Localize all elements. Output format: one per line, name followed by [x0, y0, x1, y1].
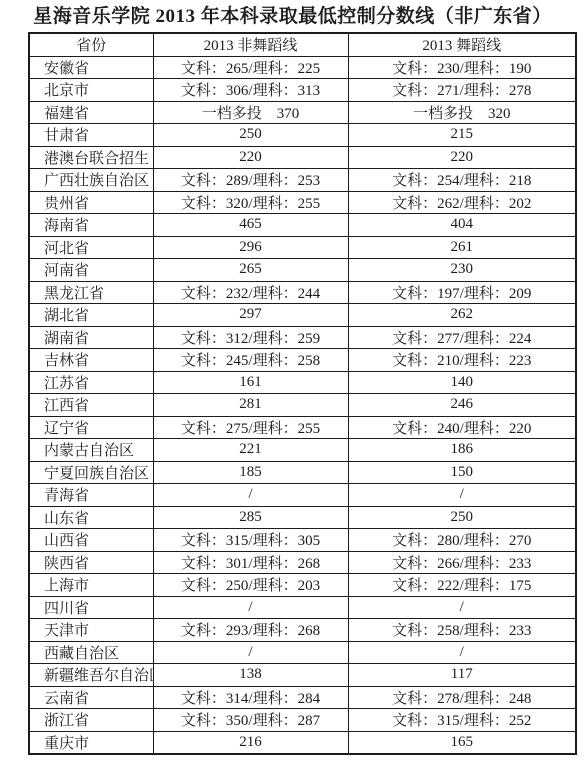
dance-score-cell: 165 — [348, 731, 576, 754]
dance-score-cell: 文科：230/理科：190 — [348, 56, 576, 79]
table-row: 云南省 文科：314/理科：284 文科：278/理科：248 — [29, 686, 576, 709]
table-row: 贵州省 文科：320/理科：255 文科：262/理科：202 — [29, 191, 576, 214]
province-cell: 辽宁省 — [29, 416, 153, 439]
table-row: 新疆维吾尔自治区 138 117 — [29, 664, 576, 687]
header-non-dance-line: 2013 非舞蹈线 — [153, 33, 348, 56]
province-cell: 重庆市 — [29, 731, 153, 754]
table-row: 宁夏回族自治区 185 150 — [29, 461, 576, 484]
dance-score-cell: 186 — [348, 439, 576, 462]
dance-score-cell: 文科：280/理科：270 — [348, 529, 576, 552]
table-row: 港澳台联合招生 220 220 — [29, 146, 576, 169]
table-row: 上海市 文科：250/理科：203 文科：222/理科：175 — [29, 574, 576, 597]
non-dance-score-cell: 文科：275/理科：255 — [153, 416, 348, 439]
non-dance-score-cell: 一档多投 370 — [153, 101, 348, 124]
table-row: 西藏自治区 / / — [29, 641, 576, 664]
table-row: 北京市 文科：306/理科：313 文科：271/理科：278 — [29, 79, 576, 102]
dance-score-cell: 文科：315/理科：252 — [348, 709, 576, 732]
non-dance-score-cell: 265 — [153, 259, 348, 282]
non-dance-score-cell: 250 — [153, 124, 348, 147]
province-cell: 吉林省 — [29, 349, 153, 372]
province-cell: 上海市 — [29, 574, 153, 597]
dance-score-cell: 文科：197/理科：209 — [348, 281, 576, 304]
dance-score-cell: 117 — [348, 664, 576, 687]
non-dance-score-cell: 文科：250/理科：203 — [153, 574, 348, 597]
non-dance-score-cell: 文科：314/理科：284 — [153, 686, 348, 709]
dance-score-cell: 文科：254/理科：218 — [348, 169, 576, 192]
non-dance-score-cell: 文科：265/理科：225 — [153, 56, 348, 79]
page-title: 星海音乐学院 2013 年本科录取最低控制分数线（非广东省） — [0, 0, 585, 32]
dance-score-cell: 404 — [348, 214, 576, 237]
province-cell: 江苏省 — [29, 371, 153, 394]
province-cell: 西藏自治区 — [29, 641, 153, 664]
non-dance-score-cell: 297 — [153, 304, 348, 327]
table-row: 重庆市 216 165 — [29, 731, 576, 754]
province-cell: 山西省 — [29, 529, 153, 552]
non-dance-score-cell: 281 — [153, 394, 348, 417]
dance-score-cell: / — [348, 641, 576, 664]
table-row: 陕西省 文科：301/理科：268 文科：266/理科：233 — [29, 551, 576, 574]
province-cell: 北京市 — [29, 79, 153, 102]
non-dance-score-cell: 185 — [153, 461, 348, 484]
score-table: 省份 2013 非舞蹈线 2013 舞蹈线 安徽省 文科：265/理科：225 … — [28, 32, 577, 755]
table-row: 湖北省 297 262 — [29, 304, 576, 327]
province-cell: 贵州省 — [29, 191, 153, 214]
non-dance-score-cell: 220 — [153, 146, 348, 169]
table-row: 海南省 465 404 — [29, 214, 576, 237]
table-row: 福建省 一档多投 370 一档多投 320 — [29, 101, 576, 124]
non-dance-score-cell: 216 — [153, 731, 348, 754]
dance-score-cell: 文科：278/理科：248 — [348, 686, 576, 709]
table-row: 安徽省 文科：265/理科：225 文科：230/理科：190 — [29, 56, 576, 79]
province-cell: 广西壮族自治区 — [29, 169, 153, 192]
province-cell: 山东省 — [29, 506, 153, 529]
table-row: 河北省 296 261 — [29, 236, 576, 259]
table-row: 浙江省 文科：350/理科：287 文科：315/理科：252 — [29, 709, 576, 732]
dance-score-cell: 文科：210/理科：223 — [348, 349, 576, 372]
dance-score-cell: 262 — [348, 304, 576, 327]
dance-score-cell: 230 — [348, 259, 576, 282]
province-cell: 海南省 — [29, 214, 153, 237]
table-row: 江西省 281 246 — [29, 394, 576, 417]
dance-score-cell: 220 — [348, 146, 576, 169]
dance-score-cell: 文科：277/理科：224 — [348, 326, 576, 349]
header-dance-line: 2013 舞蹈线 — [348, 33, 576, 56]
non-dance-score-cell: / — [153, 484, 348, 507]
province-cell: 新疆维吾尔自治区 — [29, 664, 153, 687]
non-dance-score-cell: / — [153, 641, 348, 664]
table-row: 河南省 265 230 — [29, 259, 576, 282]
province-cell: 港澳台联合招生 — [29, 146, 153, 169]
province-cell: 安徽省 — [29, 56, 153, 79]
province-cell: 黑龙江省 — [29, 281, 153, 304]
table-row: 天津市 文科：293/理科：268 文科：258/理科：233 — [29, 619, 576, 642]
province-cell: 云南省 — [29, 686, 153, 709]
dance-score-cell: 文科：262/理科：202 — [348, 191, 576, 214]
non-dance-score-cell: 285 — [153, 506, 348, 529]
province-cell: 甘肃省 — [29, 124, 153, 147]
table-row: 黑龙江省 文科：232/理科：244 文科：197/理科：209 — [29, 281, 576, 304]
dance-score-cell: 261 — [348, 236, 576, 259]
header-province: 省份 — [29, 33, 153, 56]
table-row: 吉林省 文科：245/理科：258 文科：210/理科：223 — [29, 349, 576, 372]
non-dance-score-cell: 文科：306/理科：313 — [153, 79, 348, 102]
province-cell: 青海省 — [29, 484, 153, 507]
document-page: 星海音乐学院 2013 年本科录取最低控制分数线（非广东省） 省份 2013 非… — [0, 0, 585, 762]
dance-score-cell: 140 — [348, 371, 576, 394]
non-dance-score-cell: 文科：320/理科：255 — [153, 191, 348, 214]
dance-score-cell: 246 — [348, 394, 576, 417]
dance-score-cell: 文科：258/理科：233 — [348, 619, 576, 642]
province-cell: 江西省 — [29, 394, 153, 417]
dance-score-cell: 250 — [348, 506, 576, 529]
non-dance-score-cell: 465 — [153, 214, 348, 237]
table-row: 山西省 文科：315/理科：305 文科：280/理科：270 — [29, 529, 576, 552]
province-cell: 陕西省 — [29, 551, 153, 574]
table-row: 山东省 285 250 — [29, 506, 576, 529]
dance-score-cell: 文科：271/理科：278 — [348, 79, 576, 102]
non-dance-score-cell: 文科：301/理科：268 — [153, 551, 348, 574]
dance-score-cell: / — [348, 596, 576, 619]
non-dance-score-cell: 文科：289/理科：253 — [153, 169, 348, 192]
non-dance-score-cell: 221 — [153, 439, 348, 462]
dance-score-cell: 215 — [348, 124, 576, 147]
table-row: 甘肃省 250 215 — [29, 124, 576, 147]
table-row: 江苏省 161 140 — [29, 371, 576, 394]
table-row: 内蒙古自治区 221 186 — [29, 439, 576, 462]
province-cell: 四川省 — [29, 596, 153, 619]
province-cell: 宁夏回族自治区 — [29, 461, 153, 484]
province-cell: 内蒙古自治区 — [29, 439, 153, 462]
non-dance-score-cell: 文科：293/理科：268 — [153, 619, 348, 642]
table-row: 青海省 / / — [29, 484, 576, 507]
province-cell: 河南省 — [29, 259, 153, 282]
province-cell: 浙江省 — [29, 709, 153, 732]
province-cell: 河北省 — [29, 236, 153, 259]
non-dance-score-cell: 296 — [153, 236, 348, 259]
table-row: 广西壮族自治区 文科：289/理科：253 文科：254/理科：218 — [29, 169, 576, 192]
province-cell: 天津市 — [29, 619, 153, 642]
table-header-row: 省份 2013 非舞蹈线 2013 舞蹈线 — [29, 33, 576, 56]
dance-score-cell: / — [348, 484, 576, 507]
non-dance-score-cell: / — [153, 596, 348, 619]
dance-score-cell: 文科：240/理科：220 — [348, 416, 576, 439]
table-body: 安徽省 文科：265/理科：225 文科：230/理科：190 北京市 文科：3… — [29, 56, 576, 754]
dance-score-cell: 文科：266/理科：233 — [348, 551, 576, 574]
non-dance-score-cell: 文科：350/理科：287 — [153, 709, 348, 732]
non-dance-score-cell: 161 — [153, 371, 348, 394]
table-row: 辽宁省 文科：275/理科：255 文科：240/理科：220 — [29, 416, 576, 439]
non-dance-score-cell: 138 — [153, 664, 348, 687]
dance-score-cell: 一档多投 320 — [348, 101, 576, 124]
table-row: 四川省 / / — [29, 596, 576, 619]
non-dance-score-cell: 文科：315/理科：305 — [153, 529, 348, 552]
table-row: 湖南省 文科：312/理科：259 文科：277/理科：224 — [29, 326, 576, 349]
province-cell: 湖北省 — [29, 304, 153, 327]
dance-score-cell: 150 — [348, 461, 576, 484]
non-dance-score-cell: 文科：232/理科：244 — [153, 281, 348, 304]
non-dance-score-cell: 文科：312/理科：259 — [153, 326, 348, 349]
province-cell: 福建省 — [29, 101, 153, 124]
dance-score-cell: 文科：222/理科：175 — [348, 574, 576, 597]
province-cell: 湖南省 — [29, 326, 153, 349]
non-dance-score-cell: 文科：245/理科：258 — [153, 349, 348, 372]
